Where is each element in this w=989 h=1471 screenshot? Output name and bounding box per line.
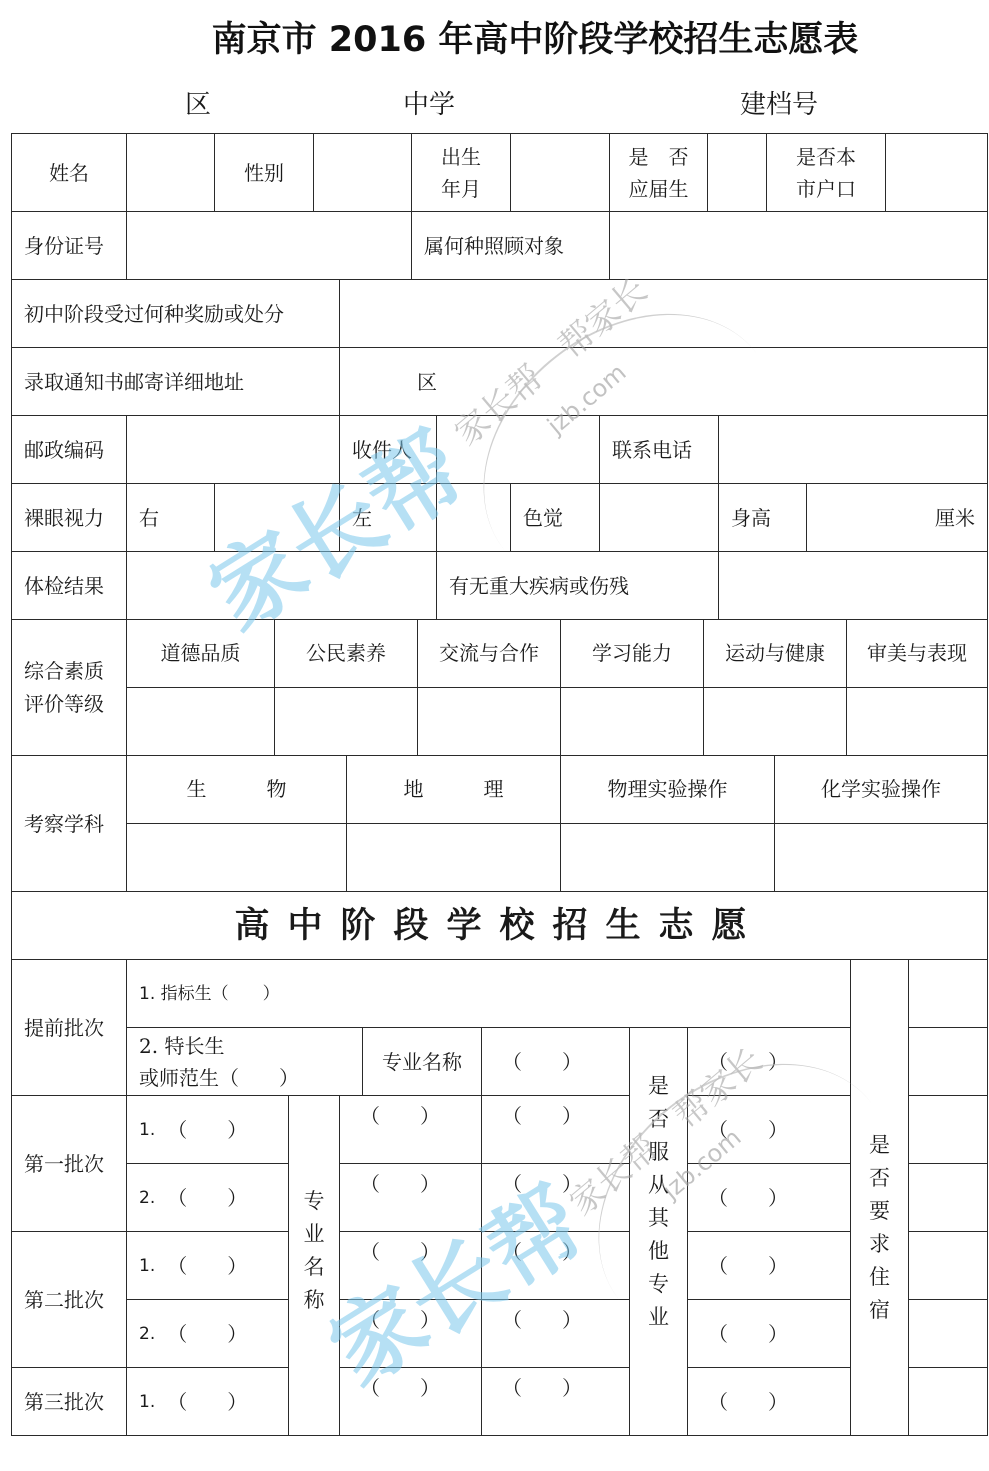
height-unit: 厘米 xyxy=(935,502,975,534)
major-b-b2-2[interactable]: （ ） xyxy=(481,1299,630,1368)
quality-col-moral: 道德品质 xyxy=(126,619,275,688)
subject-field-chemistry-lab[interactable] xyxy=(774,823,988,892)
batch1-label: 第一批次 xyxy=(11,1095,127,1232)
major-name-vertical-label: 专 业 名 称 xyxy=(288,1095,340,1436)
fresh-graduate-label: 是 否 应届生 xyxy=(609,133,708,212)
quality-col-aesthetics: 审美与表现 xyxy=(846,619,988,688)
early-special-label: 2. 特长生 或师范生（ ） xyxy=(139,1030,299,1094)
quality-col-sports: 运动与健康 xyxy=(703,619,847,688)
dorm-field-b1-1[interactable] xyxy=(908,1095,988,1164)
early-batch-label: 提前批次 xyxy=(11,959,127,1096)
school-paren: （ ） xyxy=(167,1182,247,1214)
subject-field-geography[interactable] xyxy=(346,823,561,892)
school-label: 中学 xyxy=(403,84,455,121)
item-number: 1. xyxy=(139,1114,155,1146)
quality-field-communication[interactable] xyxy=(417,687,561,756)
major-b-b1-1[interactable]: （ ） xyxy=(481,1095,630,1164)
batch1-school-2[interactable]: 2.（ ） xyxy=(126,1163,289,1232)
id-number-field[interactable] xyxy=(126,211,412,280)
subject-field-biology[interactable] xyxy=(126,823,347,892)
subjects-label: 考察学科 xyxy=(11,755,127,892)
exam-result-field[interactable] xyxy=(126,551,437,620)
dorm-field-early-2[interactable] xyxy=(908,1027,988,1096)
batch2-label: 第二批次 xyxy=(11,1231,127,1368)
fresh-graduate-field[interactable] xyxy=(707,133,767,212)
gender-field[interactable] xyxy=(313,133,412,212)
disease-field[interactable] xyxy=(718,551,988,620)
school-paren: （ ） xyxy=(167,1250,247,1282)
major-a-b2-2[interactable]: （ ） xyxy=(339,1299,482,1368)
quality-col-communication: 交流与合作 xyxy=(417,619,561,688)
quality-col-learning: 学习能力 xyxy=(560,619,704,688)
subject-col-chemistry-lab: 化学实验操作 xyxy=(774,755,988,824)
early-major-name-label: 专业名称 xyxy=(362,1027,482,1096)
local-hukou-field[interactable] xyxy=(885,133,988,212)
id-number-label: 身份证号 xyxy=(11,211,127,280)
subject-col-biology: 生 物 xyxy=(126,755,347,824)
vision-label: 裸眼视力 xyxy=(11,483,127,552)
dorm-field-b1-2[interactable] xyxy=(908,1163,988,1232)
quality-field-moral[interactable] xyxy=(126,687,275,756)
item-number: 2. xyxy=(139,1182,155,1214)
local-hukou-label: 是否本 市户口 xyxy=(766,133,886,212)
major-a-b1-2[interactable]: （ ） xyxy=(339,1163,482,1232)
batch1-school-1[interactable]: 1.（ ） xyxy=(126,1095,289,1164)
school-paren: （ ） xyxy=(167,1386,247,1418)
early-major-field[interactable]: （ ） xyxy=(481,1027,630,1096)
quality-field-learning[interactable] xyxy=(560,687,704,756)
rewards-label: 初中阶段受过何种奖励或处分 xyxy=(11,279,340,348)
dorm-field-b2-1[interactable] xyxy=(908,1231,988,1300)
file-number-label: 建档号 xyxy=(740,84,818,121)
name-label: 姓名 xyxy=(11,133,127,212)
vision-right-label: 右 xyxy=(126,483,215,552)
district-label: 区 xyxy=(185,84,211,121)
school-paren: （ ） xyxy=(167,1318,247,1350)
quality-field-aesthetics[interactable] xyxy=(846,687,988,756)
item-number: 2. xyxy=(139,1318,155,1350)
postcode-field[interactable] xyxy=(126,415,340,484)
quality-label: 综合素质 评价等级 xyxy=(11,619,127,756)
batch2-school-1[interactable]: 1.（ ） xyxy=(126,1231,289,1300)
subject-field-physics-lab[interactable] xyxy=(560,823,775,892)
subject-col-physics-lab: 物理实验操作 xyxy=(560,755,775,824)
major-a-b1-1[interactable]: （ ） xyxy=(339,1095,482,1164)
recipient-label: 收件人 xyxy=(339,415,437,484)
form-title: 南京市 2016 年高中阶段学校招生志愿表 xyxy=(0,12,989,62)
subject-col-geography: 地 理 xyxy=(346,755,561,824)
care-category-field[interactable] xyxy=(609,211,988,280)
quality-field-sports[interactable] xyxy=(703,687,847,756)
address-label: 录取通知书邮寄详细地址 xyxy=(11,347,340,416)
birth-label: 出生 年月 xyxy=(411,133,511,212)
major-a-b2-1[interactable]: （ ） xyxy=(339,1231,482,1300)
quality-field-civic[interactable] xyxy=(274,687,418,756)
early-quota-label: 1. 指标生（ ） xyxy=(139,978,280,1010)
major-b-b3-1[interactable]: （ ） xyxy=(481,1367,630,1436)
batch3-label: 第三批次 xyxy=(11,1367,127,1436)
vision-right-field[interactable] xyxy=(214,483,340,552)
quality-col-civic: 公民素养 xyxy=(274,619,418,688)
birth-field[interactable] xyxy=(510,133,610,212)
height-field[interactable]: 厘米 xyxy=(806,483,988,552)
name-field[interactable] xyxy=(126,133,215,212)
batch2-school-2[interactable]: 2.（ ） xyxy=(126,1299,289,1368)
care-category-label: 属何种照顾对象 xyxy=(411,211,610,280)
item-number: 1. xyxy=(139,1386,155,1418)
early-special-field[interactable]: 2. 特长生 或师范生（ ） xyxy=(126,1027,363,1096)
batch3-school-1[interactable]: 1.（ ） xyxy=(126,1367,289,1436)
item-number: 1. xyxy=(139,1250,155,1282)
dorm-field-b3-1[interactable] xyxy=(908,1367,988,1436)
vision-left-label: 左 xyxy=(339,483,437,552)
volunteer-section-title: 高中阶段学校招生志愿 xyxy=(11,891,988,960)
gender-label: 性别 xyxy=(214,133,314,212)
dorm-field-early-1[interactable] xyxy=(908,959,988,1028)
major-a-b3-1[interactable]: （ ） xyxy=(339,1367,482,1436)
postcode-label: 邮政编码 xyxy=(11,415,127,484)
exam-result-label: 体检结果 xyxy=(11,551,127,620)
school-paren: （ ） xyxy=(167,1114,247,1146)
address-district-label: 区 xyxy=(417,366,437,398)
early-quota-field[interactable]: 1. 指标生（ ） xyxy=(126,959,851,1028)
dorm-field-b2-2[interactable] xyxy=(908,1299,988,1368)
obey-field-b3-1[interactable]: （ ） xyxy=(687,1367,851,1436)
